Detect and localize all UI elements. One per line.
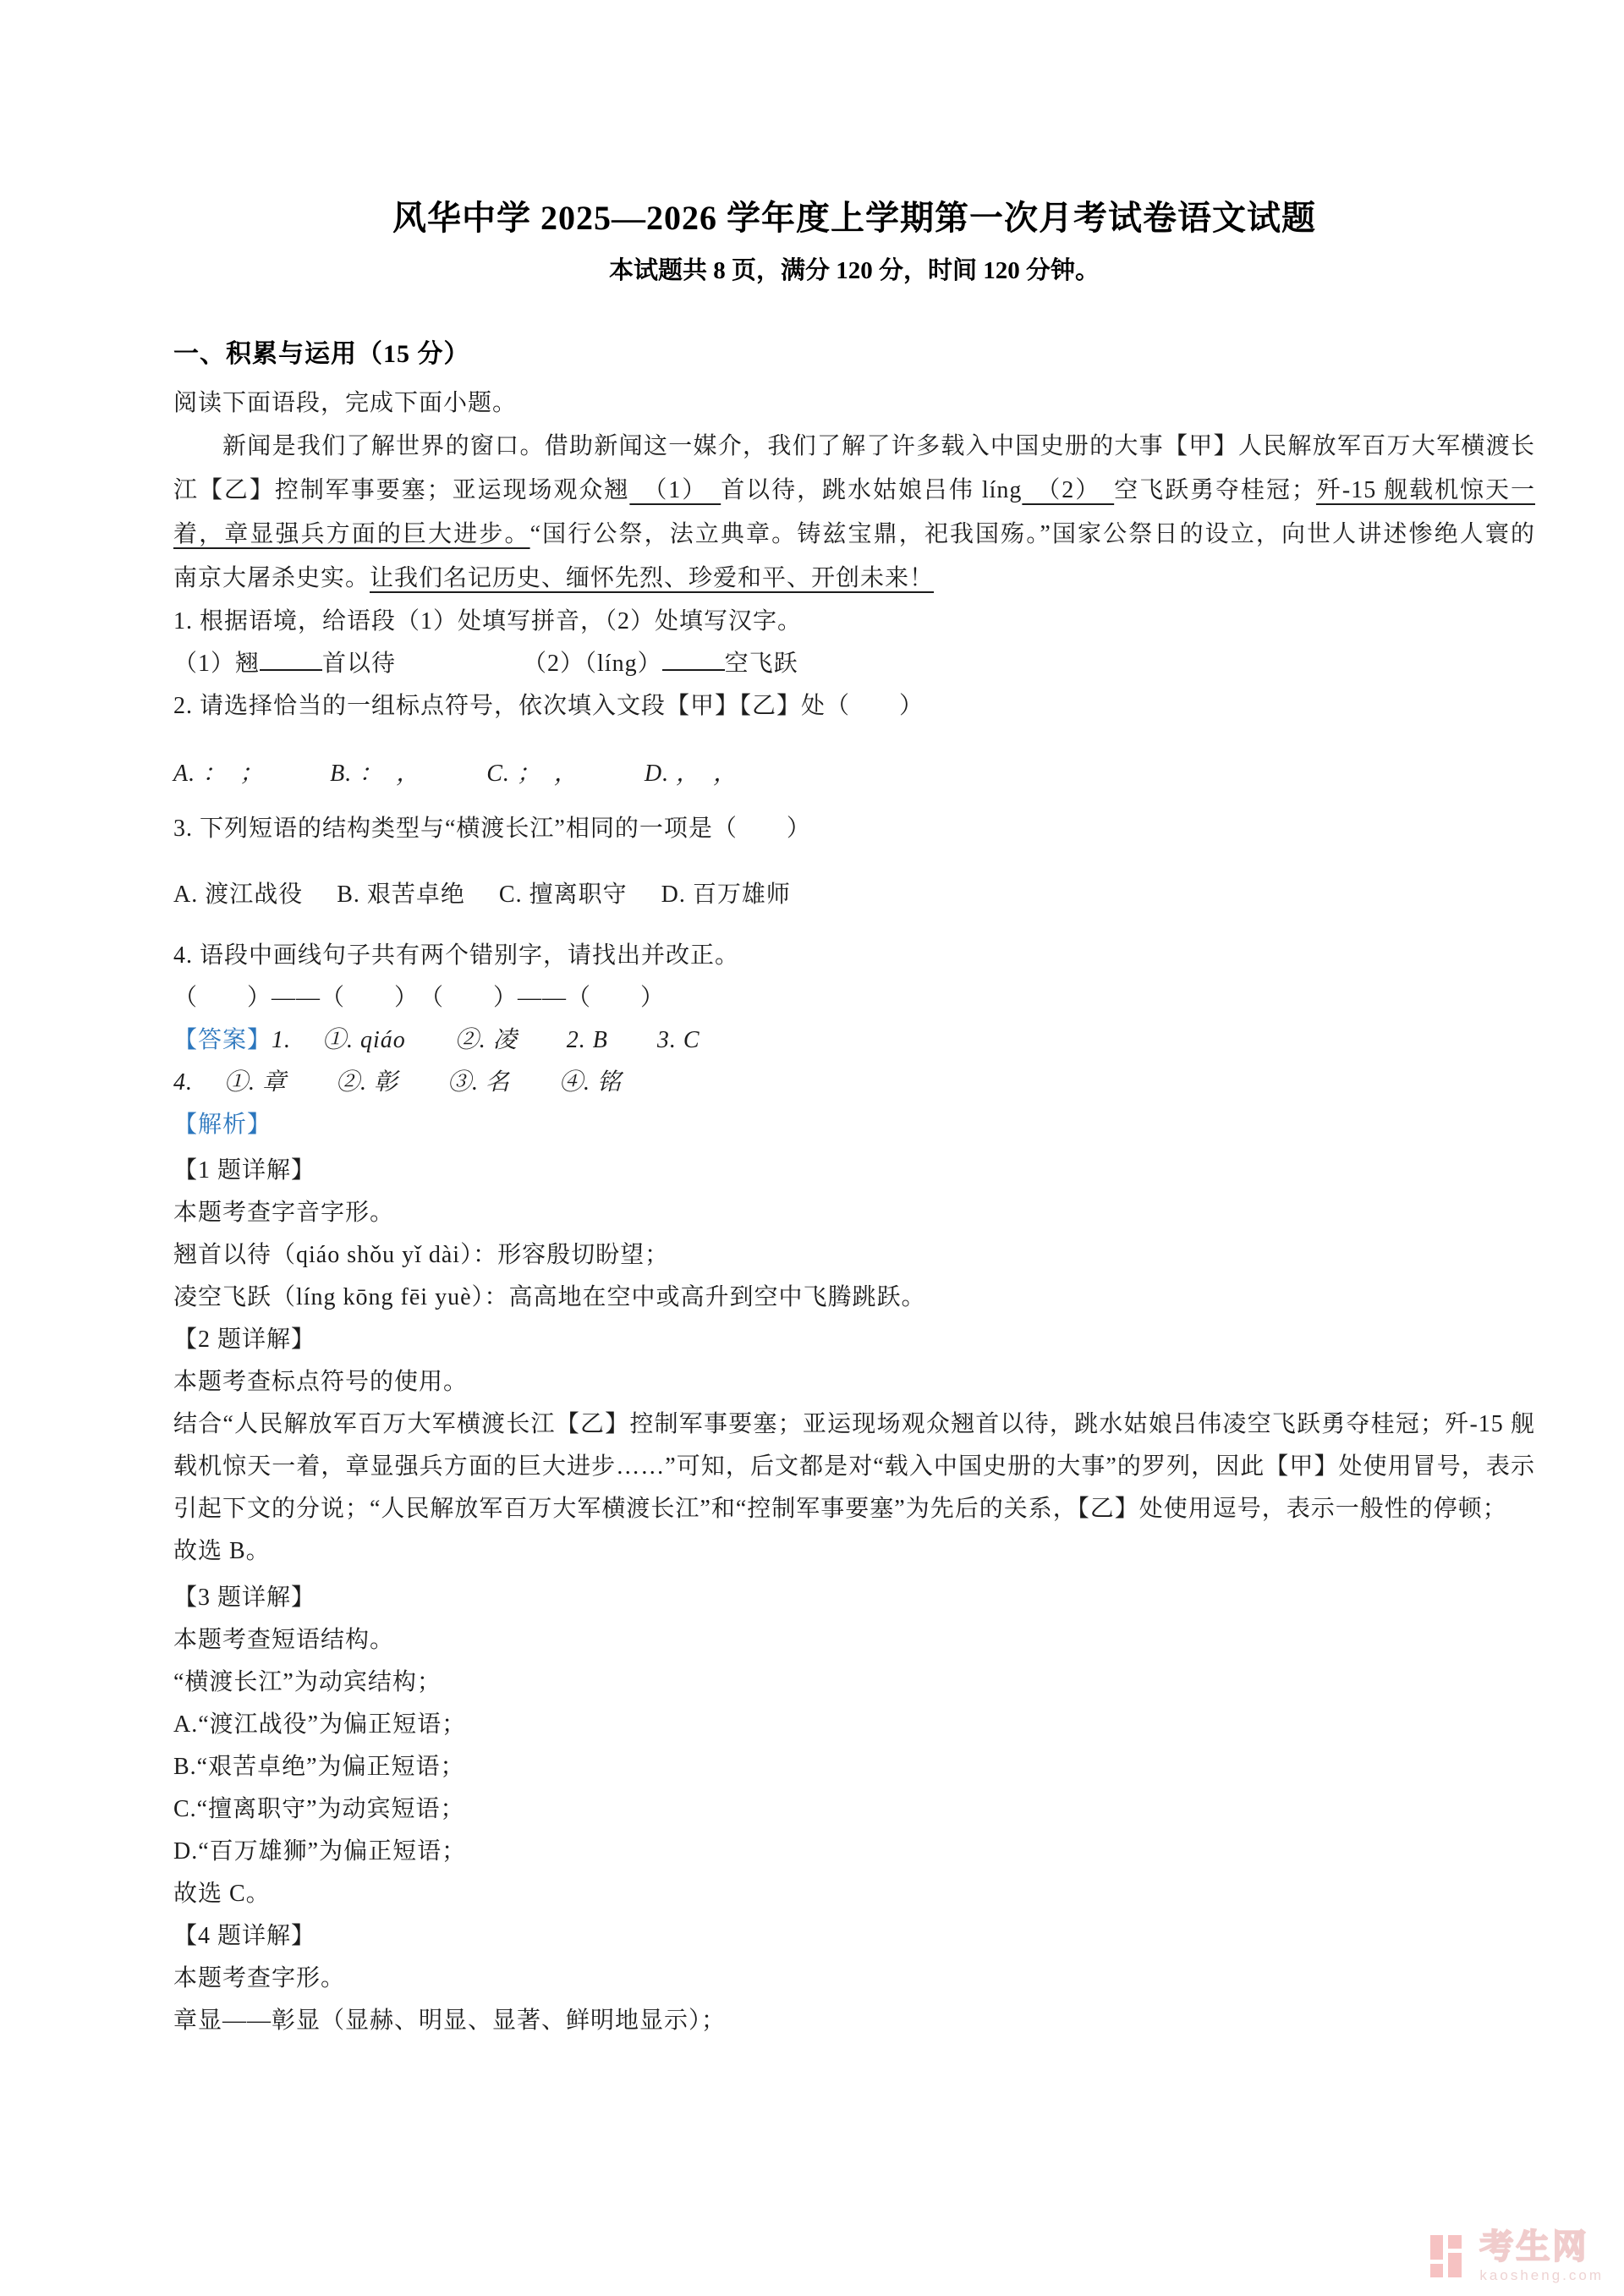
passage-underlined-segment: 让我们名记历史、缅怀先烈、珍爱和平、开创未来！ (370, 565, 934, 591)
kaosheng-watermark: 考生网 kaosheng.com (1430, 2230, 1604, 2282)
kaosheng-logo-icon (1430, 2235, 1469, 2277)
q1-blank1-post: 首以待 (322, 651, 396, 677)
detail-3-heading: 【3 题详解】 (173, 1577, 1535, 1619)
passage-segment: 江【乙】控制军事要塞；亚运现场观众翘 (173, 477, 629, 503)
detail-3-line: 本题考查短语结构。 (173, 1619, 1535, 1662)
detail-3-line: D.“百万雄狮”为偏正短语； (173, 1831, 1535, 1873)
passage-blank-2: （2） (1022, 477, 1114, 503)
watermark-site-url: kaosheng.com (1479, 2268, 1604, 2282)
detail-3-line: A.“渡江战役”为偏正短语； (173, 1704, 1535, 1746)
q2-option-b: B. ： ， (330, 753, 420, 795)
passage-line-3: 着，章显强兵方面的巨大进步。“国行公祭，法立典章。铸兹宝鼎，祀我国殇。”国家公祭… (173, 513, 1535, 557)
q3-option-b: B. 艰苦卓绝 (337, 874, 465, 916)
q1-blank2-post: 空飞跃 (725, 651, 798, 677)
detail-1-line: 本题考查字音字形。 (173, 1192, 1535, 1234)
detail-1-heading: 【1 题详解】 (173, 1150, 1535, 1192)
detail-3-line: 故选 C。 (173, 1873, 1535, 1915)
passage-blank-1: （1） (629, 477, 721, 503)
passage-segment: 南京大屠杀史实。 (173, 565, 370, 591)
logo-block (1448, 2253, 1462, 2277)
page-subtitle: 本试题共 8 页，满分 120 分，时间 120 分钟。 (173, 252, 1535, 289)
detail-2-paragraph: 结合“人民解放军百万大军横渡长江【乙】控制军事要塞；亚运现场观众翘首以待，跳水姑… (173, 1403, 1535, 1530)
detail-2-line: 故选 B。 (173, 1530, 1535, 1573)
answer-line-1: 【答案】1. ①. qiáo ②. 凌 2. B 3. C (173, 1019, 1535, 1062)
watermark-text: 考生网 kaosheng.com (1479, 2230, 1604, 2282)
detail-3-line: “横渡长江”为动宾结构； (173, 1662, 1535, 1704)
passage-line-4: 南京大屠杀史实。让我们名记历史、缅怀先烈、珍爱和平、开创未来！ (173, 557, 1535, 601)
section-heading: 一、积累与运用（15 分） (173, 333, 1535, 376)
answer-blank (662, 644, 725, 671)
q1-blanks: （1）翘首以待（2）（líng）空飞跃 (173, 643, 1535, 685)
q1-blank1-pre: （1）翘 (173, 651, 260, 677)
passage-line-1: 新闻是我们了解世界的窗口。借助新闻这一媒介，我们了解了许多载入中国史册的大事【甲… (173, 425, 1535, 469)
logo-block (1430, 2264, 1443, 2277)
q2-option-d: D. ， ， (645, 753, 738, 795)
passage-underlined-segment: 着，章显强兵方面的巨大进步。 (173, 521, 530, 547)
detail-1-line: 翘首以待（qiáo shǒu yǐ dài）：形容殷切盼望； (173, 1234, 1535, 1277)
q4-stem: 4. 语段中画线句子共有两个错别字，请找出并改正。 (173, 935, 1535, 977)
q3-stem: 3. 下列短语的结构类型与“横渡长江”相同的一项是（ ） (173, 808, 1535, 850)
q3-options: A. 渡江战役B. 艰苦卓绝C. 擅离职守D. 百万雄师 (173, 874, 1535, 916)
intro-line: 阅读下面语段，完成下面小题。 (173, 382, 1535, 425)
q1-stem: 1. 根据语境，给语段（1）处填写拼音，（2）处填写汉字。 (173, 601, 1535, 643)
passage-line-2: 江【乙】控制军事要塞；亚运现场观众翘 （1） 首以待，跳水姑娘吕伟 líng （… (173, 469, 1535, 513)
detail-2-heading: 【2 题详解】 (173, 1319, 1535, 1361)
detail-1-line: 凌空飞跃（líng kōng fēi yuè）：高高地在空中或高升到空中飞腾跳跃… (173, 1277, 1535, 1319)
page-title: 风华中学 2025—2026 学年度上学期第一次月考试卷语文试题 (173, 0, 1535, 240)
detail-4-heading: 【4 题详解】 (173, 1915, 1535, 1958)
answer-values-1: 1. ①. qiáo ②. 凌 2. B 3. C (272, 1027, 700, 1053)
q2-options: A. ： ；B. ： ，C. ； ，D. ， ， (173, 753, 1535, 795)
answer-blank (260, 644, 322, 671)
passage-segment: 首以待，跳水姑娘吕伟 líng (721, 477, 1022, 503)
passage-underlined-segment: 歼-15 舰载机惊天一 (1316, 477, 1535, 503)
detail-2-line: 本题考查标点符号的使用。 (173, 1361, 1535, 1403)
q2-option-a: A. ： ； (173, 753, 264, 795)
passage-segment: “国行公祭，法立典章。铸兹宝鼎，祀我国殇。”国家公祭日的设立，向世人讲述惨绝人寰… (530, 521, 1535, 547)
q2-stem: 2. 请选择恰当的一组标点符号，依次填入文段【甲】【乙】处（ ） (173, 685, 1535, 728)
detail-3-line: C.“擅离职守”为动宾短语； (173, 1788, 1535, 1831)
q3-option-a: A. 渡江战役 (173, 874, 303, 916)
q2-option-c: C. ； ， (486, 753, 579, 795)
q3-option-d: D. 百万雄师 (661, 874, 791, 916)
exam-page: 风华中学 2025—2026 学年度上学期第一次月考试卷语文试题 本试题共 8 … (0, 0, 1624, 2296)
answer-line-2: 4. ①. 章 ②. 彰 ③. 名 ④. 铭 (173, 1062, 1535, 1104)
detail-4-line: 章显——彰显（显赫、明显、显著、鲜明地显示）； (173, 2000, 1535, 2042)
logo-block (1448, 2235, 1462, 2249)
q4-correction-blanks: （ ）——（ ） （ ）——（ ） (173, 977, 1535, 1019)
q3-option-c: C. 擅离职守 (499, 874, 628, 916)
answer-label: 【答案】 (173, 1027, 272, 1053)
logo-block (1430, 2235, 1443, 2260)
analysis-label: 【解析】 (173, 1104, 1535, 1146)
passage-segment: 空飞跃勇夺桂冠； (1114, 477, 1316, 503)
detail-4-line: 本题考查字形。 (173, 1958, 1535, 2000)
q1-blank2-pre: （2）（líng） (523, 651, 662, 677)
watermark-site-name: 考生网 (1479, 2230, 1604, 2264)
detail-3-line: B.“艰苦卓绝”为偏正短语； (173, 1746, 1535, 1788)
